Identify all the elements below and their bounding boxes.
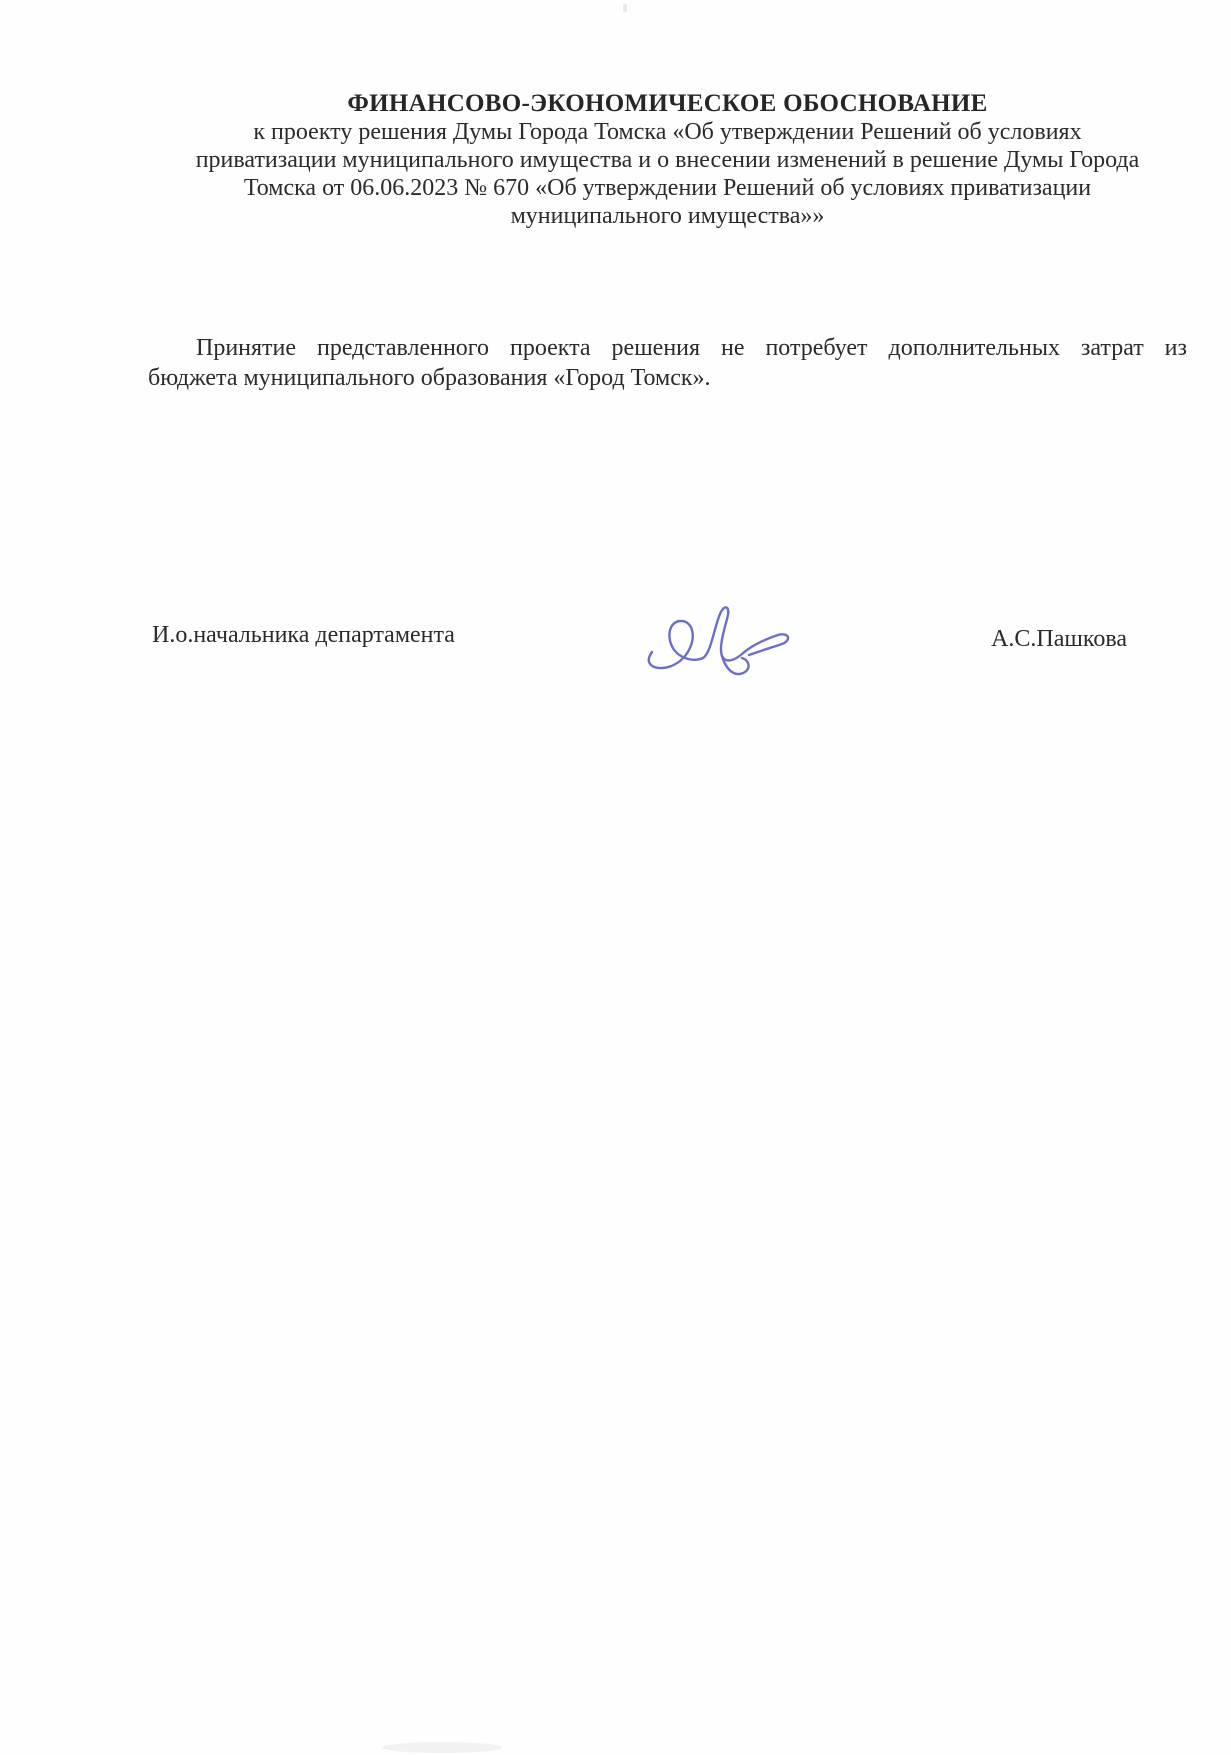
document-subtitle: к проекту решения Думы Города Томска «Об… [148, 118, 1187, 230]
document-page: ФИНАНСОВО-ЭКОНОМИЧЕСКОЕ ОБОСНОВАНИЕ к пр… [0, 0, 1231, 1755]
signature-block: И.о.начальника департамента А.С.Пашкова [148, 598, 1187, 688]
scan-artifact-bottom [382, 1742, 502, 1753]
subtitle-line: муниципального имущества»» [148, 202, 1187, 230]
body-paragraph: Принятие представленного проекта решения… [148, 333, 1187, 393]
scan-artifact-top [623, 4, 627, 12]
document-content: ФИНАНСОВО-ЭКОНОМИЧЕСКОЕ ОБОСНОВАНИЕ к пр… [148, 90, 1187, 417]
subtitle-line: к проекту решения Думы Города Томска «Об… [148, 118, 1187, 146]
subtitle-line: Томска от 06.06.2023 № 670 «Об утвержден… [148, 174, 1187, 202]
signatory-name: А.С.Пашкова [991, 626, 1127, 653]
subtitle-line: приватизации муниципального имущества и … [148, 146, 1187, 174]
document-title: ФИНАНСОВО-ЭКОНОМИЧЕСКОЕ ОБОСНОВАНИЕ [148, 90, 1187, 118]
signature-position-label: И.о.начальника департамента [152, 622, 455, 649]
handwritten-signature-icon [622, 598, 812, 688]
body-paragraph-line: Принятие представленного проекта решения… [148, 333, 1187, 363]
body-paragraph-line: бюджета муниципального образования «Горо… [148, 363, 1187, 393]
